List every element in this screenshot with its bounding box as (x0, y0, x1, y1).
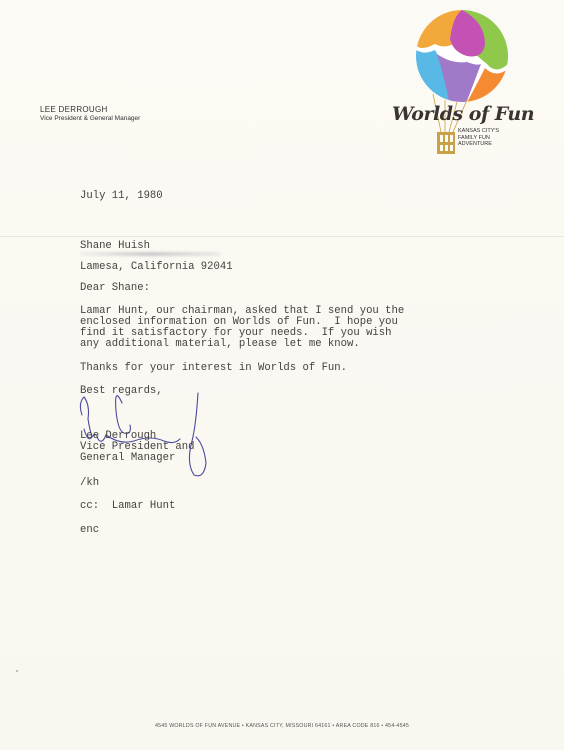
thanks-line: Thanks for your interest in Worlds of Fu… (80, 363, 347, 374)
letterhead-title: Vice President & General Manager (40, 115, 140, 122)
recipient-name: Shane Huish (80, 241, 150, 252)
enclosure-note: enc (80, 525, 99, 536)
recipient-city: Lamesa, California 92041 (80, 262, 233, 273)
body-line: any additional material, please let me k… (80, 339, 360, 350)
letterhead-name: LEE DERROUGH (40, 105, 108, 114)
redaction-smudge (80, 252, 220, 256)
typist-initials: /kh (80, 478, 99, 489)
logo-tagline: KANSAS CITY'S FAMILY FUN ADVENTURE (458, 128, 499, 148)
salutation: Dear Shane: (80, 283, 150, 294)
signer-title: General Manager (80, 453, 175, 464)
letter-page: LEE DERROUGH Vice President & General Ma… (0, 0, 564, 750)
cc-line: cc: Lamar Hunt (80, 501, 175, 512)
footer-address: 4545 WORLDS OF FUN AVENUE • KANSAS CITY,… (0, 723, 564, 729)
paper-fold (0, 236, 564, 237)
letter-date: July 11, 1980 (80, 191, 163, 202)
paper-speck (16, 670, 18, 672)
worlds-of-fun-wordmark: Worlds of Fun (392, 103, 534, 125)
